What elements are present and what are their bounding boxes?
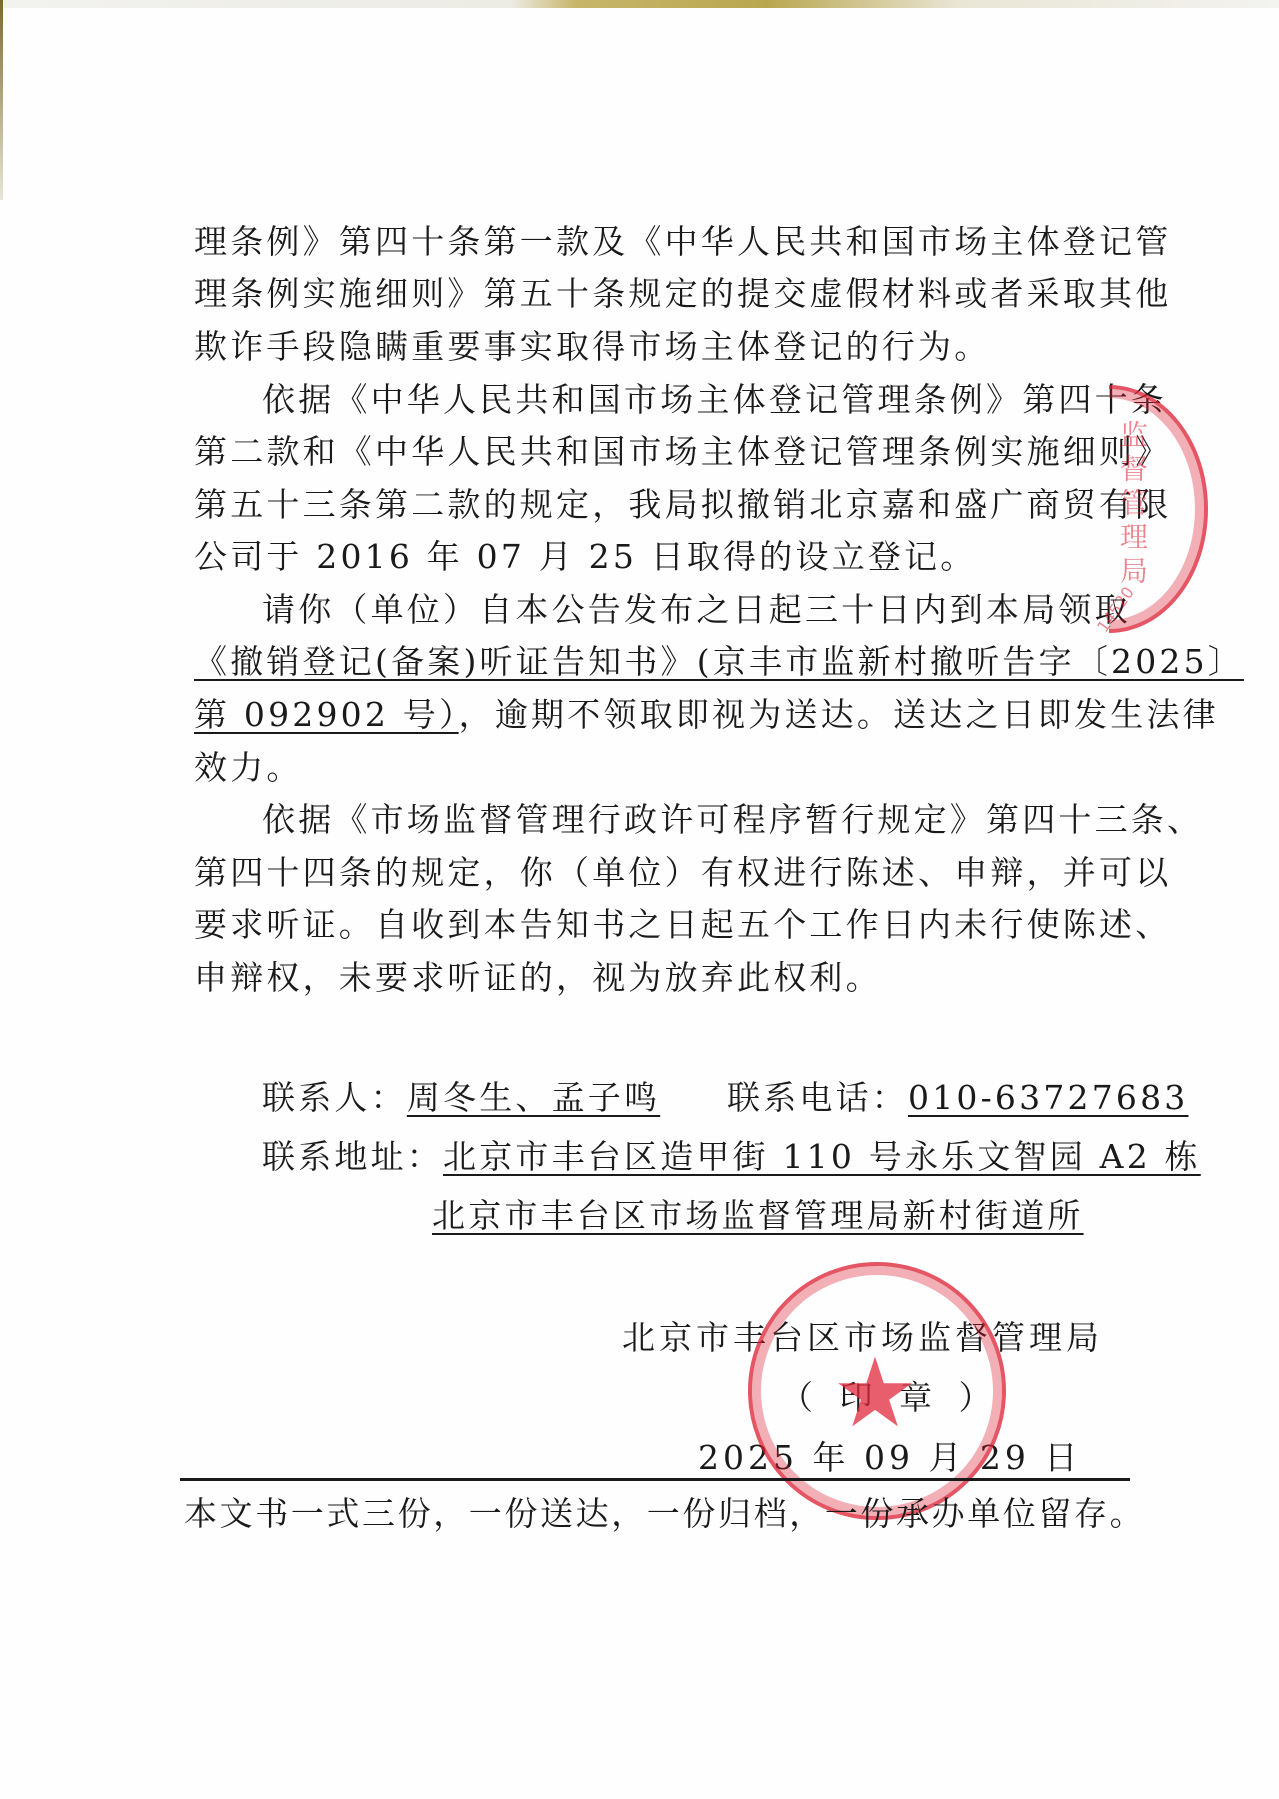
paragraph-4-line-2: 第四十四条的规定，你（单位）有权进行陈述、申辩，并可以 (194, 853, 1171, 893)
contact-phone-label: 联系电话： (727, 1078, 908, 1117)
footer-divider (180, 1478, 1130, 1481)
contact-person-label: 联系人： (262, 1078, 407, 1117)
paragraph-1-line-2: 理条例实施细则》第五十条规定的提交虚假材料或者采取其他 (194, 274, 1171, 314)
notice-document-number: 第 092902 号） (194, 695, 459, 734)
contact-address-line-1: 北京市丰台区造甲街 110 号永乐文智园 A2 栋 (443, 1137, 1201, 1176)
photo-left-edge (0, 0, 3, 200)
contact-phone-value: 010-63727683 (908, 1078, 1189, 1117)
paragraph-2-line-1: 依据《中华人民共和国市场主体登记管理条例》第四十条 (262, 380, 1167, 420)
paragraph-2-line-2: 第二款和《中华人民共和国市场主体登记管理条例实施细则》 (194, 432, 1171, 472)
contact-address-line-2: 北京市丰台区市场监督管理局新村街道所 (432, 1196, 1084, 1236)
paragraph-1-line-1: 理条例》第四十条第一款及《中华人民共和国市场主体登记管 (194, 222, 1171, 262)
contact-address-row: 联系地址：北京市丰台区造甲街 110 号永乐文智园 A2 栋 (262, 1137, 1201, 1177)
contact-address-label: 联系地址： (262, 1137, 443, 1176)
photo-top-edge (0, 0, 1279, 8)
contact-phone-row: 联系电话：010-63727683 (727, 1078, 1189, 1118)
paragraph-2-line-3: 第五十三条第二款的规定，我局拟撤销北京嘉和盛广商贸有限 (194, 485, 1171, 525)
contact-person-value: 周冬生、孟子鸣 (407, 1078, 660, 1117)
seal-fragment-text: 监督管理局 (1112, 420, 1152, 590)
paragraph-4-line-3: 要求听证。自收到本告知书之日起五个工作日内未行使陈述、 (194, 905, 1171, 945)
notice-document-reference: 《撤销登记(备案)听证告知书》(京丰市监新村撤听告字〔2025〕 (194, 642, 1244, 682)
contact-person-row: 联系人：周冬生、孟子鸣 (262, 1078, 660, 1118)
paragraph-3-line-3: 第 092902 号），逾期不领取即视为送达。送达之日即发生法律 (194, 695, 1219, 735)
paragraph-3-line-4: 效力。 (194, 748, 303, 788)
paragraph-4-line-4: 申辩权，未要求听证的，视为放弃此权利。 (194, 958, 882, 998)
seal-star-icon: ★ (832, 1345, 918, 1441)
paragraph-3-line-3-rest: ，逾期不领取即视为送达。送达之日即发生法律 (459, 695, 1219, 734)
paragraph-4-line-1: 依据《市场监督管理行政许可程序暂行规定》第四十三条、 (262, 800, 1203, 840)
paragraph-1-line-3: 欺诈手段隐瞒重要事实取得市场主体登记的行为。 (194, 327, 990, 367)
paragraph-2-line-4: 公司于 2016 年 07 月 25 日取得的设立登记。 (194, 537, 977, 577)
copies-note: 本文书一式三份，一份送达，一份归档，一份承办单位留存。 (184, 1494, 1145, 1534)
paragraph-3-line-1: 请你（单位）自本公告发布之日起三十日内到本局领取 (262, 590, 1131, 630)
